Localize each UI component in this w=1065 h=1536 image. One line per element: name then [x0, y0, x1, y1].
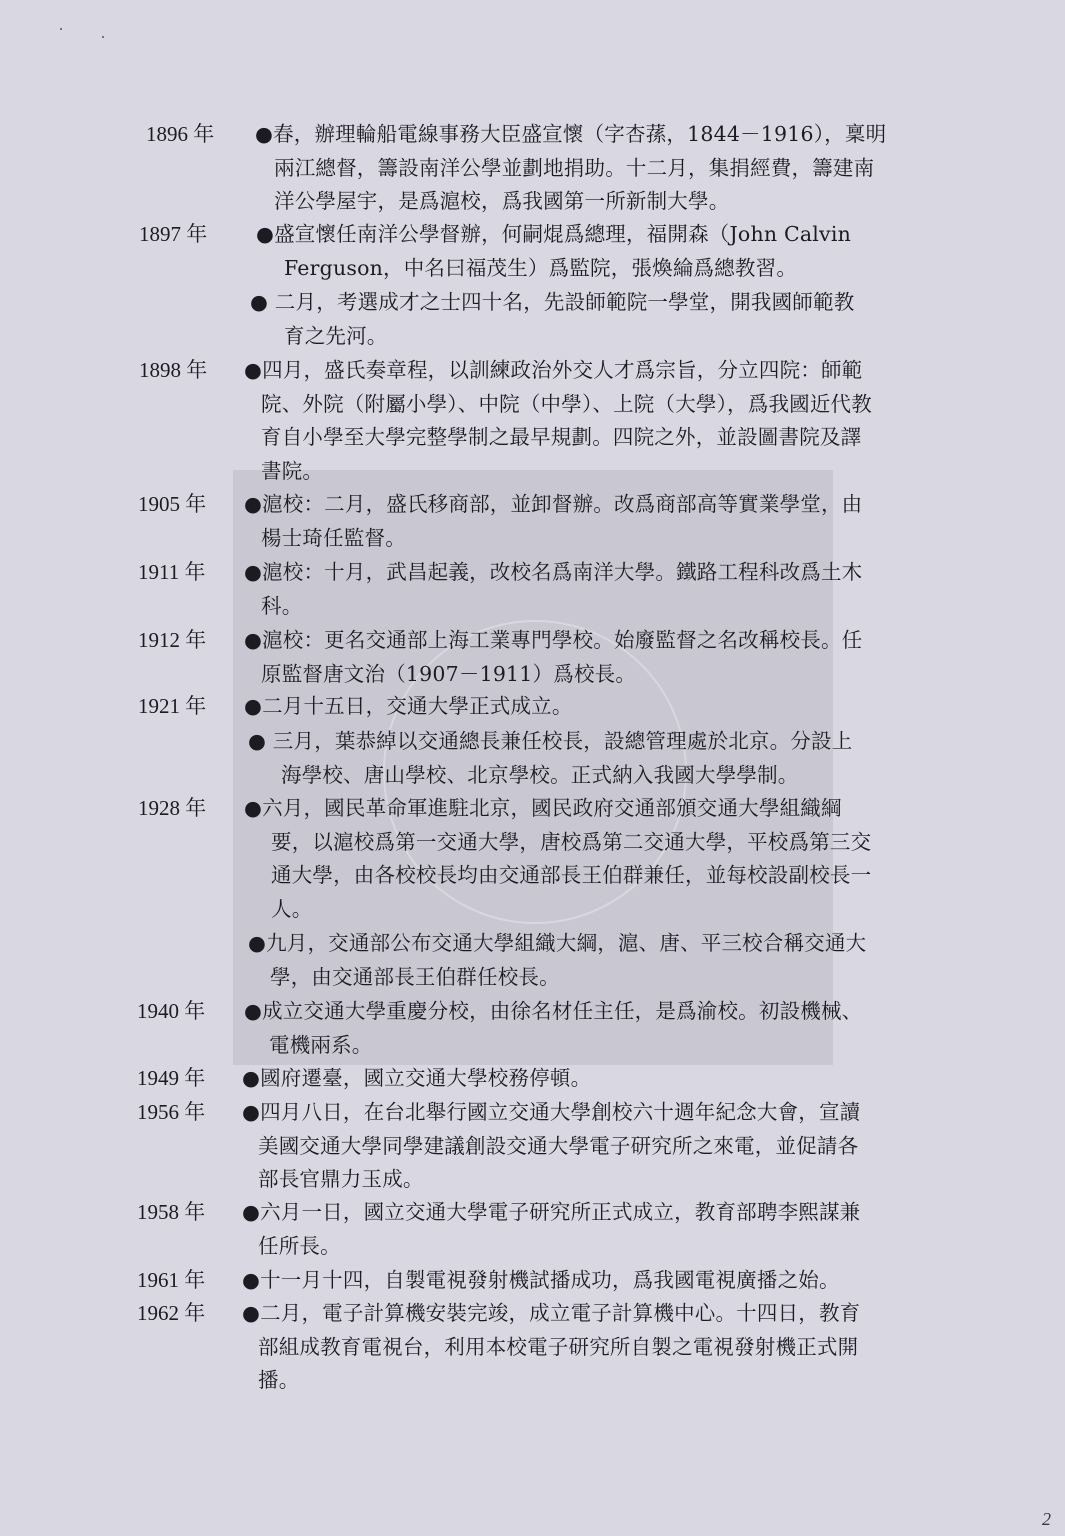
entry-item: ●六月，國民革命軍進駐北京，國民政府交通部頒交通大學組織綱 要，以滬校爲第一交通… — [244, 792, 871, 926]
text-line: ●九月，交通部公布交通大學組織大綱，滬、唐、平三校合稱交通大 — [248, 927, 866, 961]
entry-item: ●成立交通大學重慶分校，由徐名材任主任，是爲渝校。初設機械、 電機兩系。 — [244, 995, 862, 1062]
entry-year: 1940 年 — [137, 995, 205, 1028]
entry-item: ●滬校：二月，盛氏移商部，並卸督辦。改爲商部高等實業學堂，由 楊士琦任監督。 — [244, 488, 862, 555]
scan-speck — [60, 28, 62, 30]
text-line: 美國交通大學同學建議創設交通大學電子研究所之來電，並促請各 — [258, 1130, 860, 1164]
text-line: ●四月，盛氏奏章程，以訓練政治外交人才爲宗旨，分立四院：師範 — [244, 354, 872, 388]
entry-item: ●滬校：十月，武昌起義，改校名爲南洋大學。鐵路工程科改爲土木 科。 — [244, 556, 862, 623]
entry-year: 1961 年 — [137, 1264, 205, 1297]
entry-item: ●二月，電子計算機安裝完竣，成立電子計算機中心。十四日，教育 部組成教育電視台，… — [242, 1297, 860, 1398]
text-line: 育之先河。 — [284, 320, 854, 354]
entry-item: ●盛宣懷任南洋公學督辦，何嗣焜爲總理，福開森（John Calvin Fergu… — [256, 218, 851, 285]
text-line: 任所長。 — [258, 1230, 860, 1264]
text-line: ●四月八日，在台北舉行國立交通大學創校六十週年紀念大會，宣讀 — [242, 1096, 860, 1130]
entry-year: 1896 年 — [146, 118, 214, 151]
text-line: 原監督唐文治（1907－1911）爲校長。 — [261, 658, 862, 692]
text-line: 學，由交通部長王伯群任校長。 — [270, 961, 866, 995]
text-line: 兩江總督，籌設南洋公學並劃地捐助。十二月，集捐經費，籌建南 — [274, 152, 886, 186]
entry-year: 1921 年 — [138, 690, 206, 723]
text-line: ●二月十五日，交通大學正式成立。 — [244, 690, 573, 724]
entry-item: ●滬校：更名交通部上海工業專門學校。始廢監督之名改稱校長。任 原監督唐文治（19… — [244, 624, 862, 691]
text-line: ● 三月，葉恭綽以交通總長兼任校長，設總管理處於北京。分設上 — [248, 725, 852, 759]
entry-item: ● 三月，葉恭綽以交通總長兼任校長，設總管理處於北京。分設上 海學校、唐山學校、… — [248, 725, 852, 792]
entry-year: 1928 年 — [138, 792, 206, 825]
text-line: Ferguson，中名曰福茂生）爲監院，張煥綸爲總教習。 — [284, 252, 851, 286]
entry-year: 1905 年 — [138, 488, 206, 521]
entry-item: ●四月八日，在台北舉行國立交通大學創校六十週年紀念大會，宣讀 美國交通大學同學建… — [242, 1096, 860, 1197]
text-line: ●滬校：二月，盛氏移商部，並卸督辦。改爲商部高等實業學堂，由 — [244, 488, 862, 522]
entry-item: ●國府遷臺，國立交通大學校務停頓。 — [242, 1062, 591, 1096]
page-number: 2 — [1042, 1509, 1051, 1530]
text-line: 楊士琦任監督。 — [261, 522, 862, 556]
text-line: ●滬校：更名交通部上海工業專門學校。始廢監督之名改稱校長。任 — [244, 624, 862, 658]
entry-year: 1962 年 — [137, 1297, 205, 1330]
entry-item: ● 二月，考選成才之士四十名，先設師範院一學堂，開我國師範教 育之先河。 — [250, 286, 854, 353]
text-line: 通大學，由各校校長均由交通部長王伯群兼任，並每校設副校長一 — [271, 859, 871, 893]
text-line: 電機兩系。 — [269, 1029, 862, 1063]
entry-item: ●九月，交通部公布交通大學組織大綱，滬、唐、平三校合稱交通大 學，由交通部長王伯… — [248, 927, 866, 994]
text-line: 播。 — [258, 1364, 860, 1398]
text-line: 科。 — [261, 590, 862, 624]
text-line: ●二月，電子計算機安裝完竣，成立電子計算機中心。十四日，教育 — [242, 1297, 860, 1331]
text-line: ●成立交通大學重慶分校，由徐名材任主任，是爲渝校。初設機械、 — [244, 995, 862, 1029]
entry-item: ●四月，盛氏奏章程，以訓練政治外交人才爲宗旨，分立四院：師範 院、外院（附屬小學… — [244, 354, 872, 488]
entry-year: 1956 年 — [137, 1096, 205, 1129]
text-line: 院、外院（附屬小學）、中院（中學）、上院（大學），爲我國近代教 — [261, 388, 872, 422]
entry-year: 1898 年 — [139, 354, 207, 387]
text-line: 部組成教育電視台，利用本校電子研究所自製之電視發射機正式開 — [258, 1331, 860, 1365]
text-line: 要，以滬校爲第一交通大學，唐校爲第二交通大學，平校爲第三交 — [271, 826, 871, 860]
entry-year: 1912 年 — [138, 624, 206, 657]
text-line: 洋公學屋宇，是爲滬校，爲我國第一所新制大學。 — [274, 185, 886, 219]
text-line: 育自小學至大學完整學制之最早規劃。四院之外，並設圖書院及譯 — [261, 421, 872, 455]
entry-year: 1911 年 — [138, 556, 205, 589]
text-line: ●滬校：十月，武昌起義，改校名爲南洋大學。鐵路工程科改爲土木 — [244, 556, 862, 590]
text-line: 人。 — [271, 893, 871, 927]
text-line: ●六月，國民革命軍進駐北京，國民政府交通部頒交通大學組織綱 — [244, 792, 871, 826]
text-line: 海學校、唐山學校、北京學校。正式納入我國大學學制。 — [281, 759, 852, 793]
text-line: ● 二月，考選成才之士四十名，先設師範院一學堂，開我國師範教 — [250, 286, 854, 320]
entry-item: ●二月十五日，交通大學正式成立。 — [244, 690, 573, 724]
text-line: 書院。 — [261, 455, 872, 489]
text-line: ●盛宣懷任南洋公學督辦，何嗣焜爲總理，福開森（John Calvin — [256, 218, 851, 252]
text-line: 部長官鼎力玉成。 — [258, 1163, 860, 1197]
text-line: ●春，辦理輪船電線事務大臣盛宣懷（字杏蓀，1844－1916），稟明 — [255, 118, 886, 152]
entry-item: ●春，辦理輪船電線事務大臣盛宣懷（字杏蓀，1844－1916），稟明 兩江總督，… — [255, 118, 886, 219]
entry-year: 1958 年 — [137, 1196, 205, 1229]
text-line: ●六月一日，國立交通大學電子研究所正式成立，教育部聘李熙謀兼 — [242, 1196, 860, 1230]
entry-item: ●六月一日，國立交通大學電子研究所正式成立，教育部聘李熙謀兼 任所長。 — [242, 1196, 860, 1263]
text-line: ●十一月十四，自製電視發射機試播成功，爲我國電視廣播之始。 — [242, 1264, 840, 1298]
entry-item: ●十一月十四，自製電視發射機試播成功，爲我國電視廣播之始。 — [242, 1264, 840, 1298]
scan-speck — [102, 36, 104, 38]
entry-year: 1897 年 — [139, 218, 207, 251]
entry-year: 1949 年 — [137, 1062, 205, 1095]
text-line: ●國府遷臺，國立交通大學校務停頓。 — [242, 1062, 591, 1096]
